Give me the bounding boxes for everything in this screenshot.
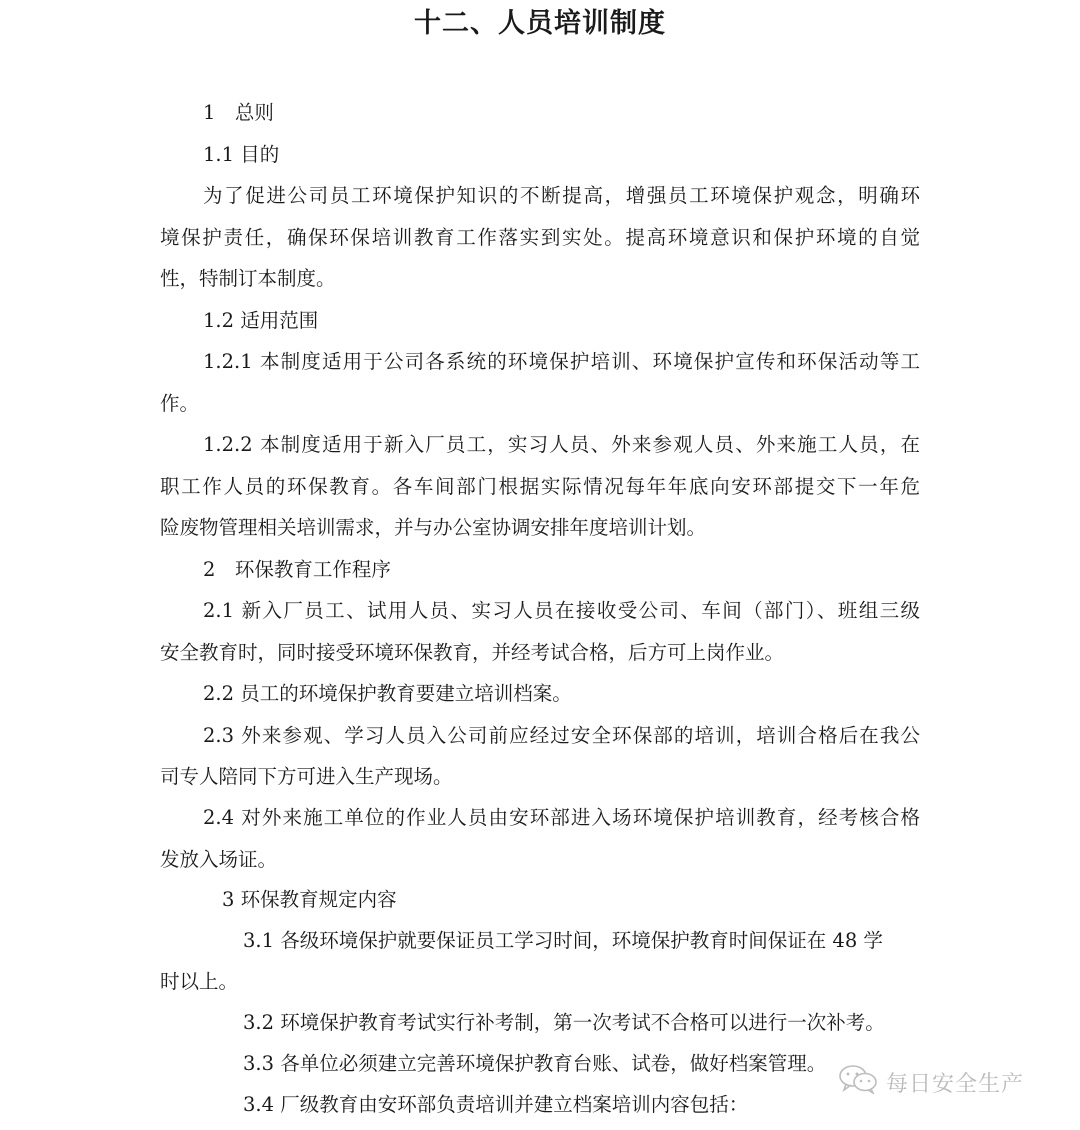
paragraph-line: 3.4 厂级教育由安环部负责培训并建立档案培训内容包括： bbox=[243, 1090, 748, 1120]
section-heading-2: 2 环保教育工作程序 bbox=[203, 555, 391, 585]
document-title: 十二、人员培训制度 bbox=[0, 4, 1080, 44]
section-heading-1: 1 总则 bbox=[203, 98, 274, 128]
paragraph-line: 2.1 新入厂员工、试用人员、实习人员在接收受公司、车间（部门）、班组三级 bbox=[203, 596, 920, 626]
watermark: 每日安全生产 bbox=[838, 1064, 1024, 1100]
paragraph-line: 性，特制订本制度。 bbox=[160, 264, 336, 294]
paragraph-line: 时以上。 bbox=[160, 967, 238, 997]
paragraph-line: 1.2.2 本制度适用于新入厂员工，实习人员、外来参观人员、外来施工人员，在 bbox=[203, 430, 920, 460]
paragraph-line: 3.3 各单位必须建立完善环境保护教育台账、试卷，做好档案管理。 bbox=[243, 1049, 826, 1079]
paragraph-line: 安全教育时，同时接受环境环保教育，并经考试合格，后方可上岗作业。 bbox=[160, 638, 784, 668]
paragraph-line: 2.2 员工的环境保护教育要建立培训档案。 bbox=[203, 679, 572, 709]
paragraph-line: 为了促进公司员工环境保护知识的不断提高，增强员工环境保护观念，明确环 bbox=[203, 181, 920, 211]
wechat-icon bbox=[838, 1064, 886, 1100]
paragraph-line: 3.2 环境保护教育考试实行补考制，第一次考试不合格可以进行一次补考。 bbox=[243, 1008, 885, 1038]
subsection-heading-1-2: 1.2 适用范围 bbox=[203, 306, 318, 336]
paragraph-line: 发放入场证。 bbox=[160, 845, 277, 875]
paragraph-line: 作。 bbox=[160, 389, 199, 419]
paragraph-line: 险废物管理相关培训需求，并与办公室协调安排年度培训计划。 bbox=[160, 513, 706, 543]
paragraph-line: 3.1 各级环境保护就要保证员工学习时间，环境保护教育时间保证在 48 学 bbox=[243, 926, 883, 956]
paragraph-line: 职工作人员的环保教育。各车间部门根据实际情况每年年底向安环部提交下一年危 bbox=[160, 472, 920, 502]
paragraph-line: 1.2.1 本制度适用于公司各系统的环境保护培训、环境保护宣传和环保活动等工 bbox=[203, 347, 920, 377]
subsection-heading-1-1: 1.1 目的 bbox=[203, 140, 279, 170]
document-page: 十二、人员培训制度 1 总则 1.1 目的 为了促进公司员工环境保护知识的不断提… bbox=[0, 0, 1080, 1130]
paragraph-line: 2.3 外来参观、学习人员入公司前应经过安全环保部的培训，培训合格后在我公 bbox=[203, 721, 920, 751]
paragraph-line: 境保护责任，确保环保培训教育工作落实到实处。提高环境意识和保护环境的自觉 bbox=[160, 223, 920, 253]
paragraph-line: 司专人陪同下方可进入生产现场。 bbox=[160, 762, 453, 792]
paragraph-line: 2.4 对外来施工单位的作业人员由安环部进入场环境保护培训教育，经考核合格 bbox=[203, 803, 920, 833]
watermark-text: 每日安全生产 bbox=[886, 1067, 1024, 1098]
section-heading-3: 3 环保教育规定内容 bbox=[222, 885, 397, 915]
